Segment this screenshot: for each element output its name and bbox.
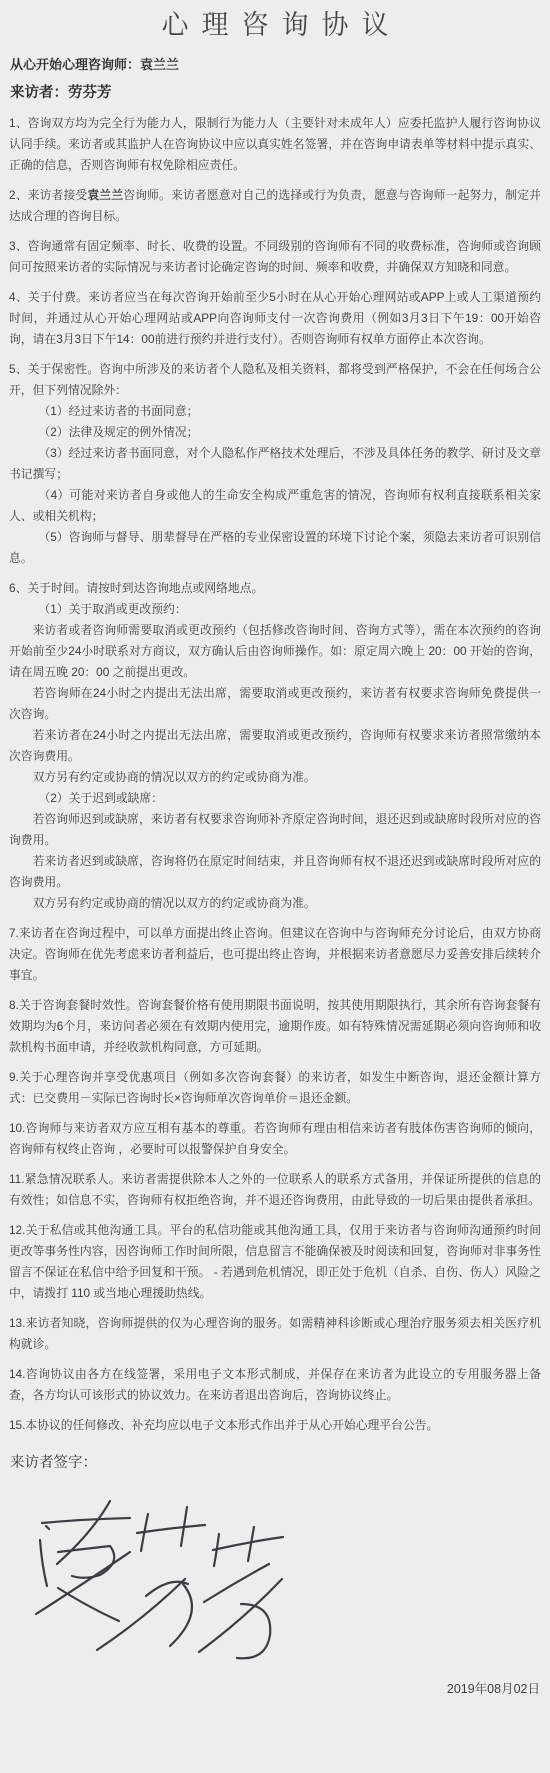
clause-paragraph: 13.来访者知晓，咨询师提供的仅为心理咨询的服务。如需精神科诊断或心理治疗服务须… (9, 1313, 541, 1355)
clause-paragraph: （1）关于取消或更改预约： (9, 599, 541, 620)
visitor-signature-image (30, 1488, 292, 1666)
clause-paragraph: 双方另有约定或协商的情况以双方的约定或协商为准。 (9, 767, 541, 788)
clause-paragraph: 若咨询师在24小时之内提出无法出席，需要取消或更改预约，来访者有权要求咨询师免费… (9, 683, 541, 725)
clause-paragraph: （1）经过来访者的书面同意； (9, 401, 541, 422)
visitor-signature-label: 来访者签字： (10, 1452, 540, 1474)
clause-paragraph: 4、关于付费。来访者应当在每次咨询开始前至少5小时在从心开始心理网站或APP上或… (9, 287, 541, 350)
clause-paragraph: 11.紧急情况联系人。来访者需提供除本人之外的一位联系人的联系方式备用，并保证所… (9, 1169, 541, 1211)
clause-paragraph: （4）可能对来访者自身或他人的生命安全构成严重危害的情况，咨询师有权利直接联系相… (9, 485, 541, 527)
visitor-line: 来访者：劳芬芳 (10, 82, 540, 104)
clause-paragraph: 若来访者在24小时之内提出无法出席，需要取消或更改预约，咨询师有权要求来访者照常… (9, 725, 541, 767)
clause-paragraph: （5）咨询师与督导、朋辈督导在严格的专业保密设置的环境下讨论个案，须隐去来访者可… (9, 527, 541, 569)
clause-paragraph: 15.本协议的任何修改、补充均应以电子文本形式作出并于从心开始心理平台公告。 (9, 1415, 541, 1436)
page-title: 心理咨询协议 (0, 0, 550, 43)
clause-paragraph: 双方另有约定或协商的情况以双方的约定或协商为准。 (9, 893, 541, 914)
clause-paragraph: 3、咨询通常有固定频率、时长、收费的设置。不同级别的咨询师有不同的收费标准，咨询… (9, 236, 541, 278)
clause-list: 1、咨询双方均为完全行为能力人，限制行为能力人（主要针对未成年人）应委托监护人履… (9, 113, 541, 1436)
clause-paragraph: 2、来访者接受袁兰兰咨询师。来访者愿意对自己的选择或行为负责，愿意与咨询师一起努… (9, 185, 541, 227)
clause-paragraph: 7.来访者在咨询过程中，可以单方面提出终止咨询。但建议在咨询中与咨询师充分讨论后… (9, 923, 541, 986)
clause-paragraph: 来访者或者咨询师需要取消或更改预约（包括修改咨询时间、咨询方式等），需在本次预约… (9, 620, 541, 683)
clause-paragraph: （2）关于迟到或缺席： (9, 788, 541, 809)
clause-paragraph: 若咨询师迟到或缺席，来访者有权要求咨询师补齐原定咨询时间，退还迟到或缺席时段所对… (9, 809, 541, 851)
clause-paragraph: 10.咨询师与来访者双方应互相有基本的尊重。若咨询师有理由相信来访者有肢体伤害咨… (9, 1118, 541, 1160)
signing-date: 2019年08月02日 (0, 1680, 540, 1698)
visitor-signature (30, 1488, 292, 1666)
clause-paragraph: 12.关于私信或其他沟通工具。平台的私信功能或其他沟通工具，仅用于来访者与咨询师… (9, 1220, 541, 1304)
clause-paragraph: 1、咨询双方均为完全行为能力人，限制行为能力人（主要针对未成年人）应委托监护人履… (9, 113, 541, 176)
clause-paragraph: 若来访者迟到或缺席，咨询将仍在原定时间结束，并且咨询师有权不退还迟到或缺席时段所… (9, 851, 541, 893)
clause-paragraph: 8.关于咨询套餐时效性。咨询套餐价格有使用期限书面说明，按其使用期限执行，其余所… (9, 995, 541, 1058)
clause-paragraph: 5、关于保密性。咨询中所涉及的来访者个人隐私及相关资料，都将受到严格保护，不会在… (9, 359, 541, 401)
clause-paragraph: （2）法律及规定的例外情况； (9, 422, 541, 443)
clause-paragraph: （3）经过来访者书面同意，对个人隐私作严格技术处理后，不涉及具体任务的教学、研讨… (9, 443, 541, 485)
clause-paragraph: 6、关于时间。请按时到达咨询地点或网络地点。 (9, 578, 541, 599)
counselor-line: 从心开始心理咨询师：袁兰兰 (10, 55, 540, 75)
agreement-page: 心理咨询协议 从心开始心理咨询师：袁兰兰 来访者：劳芬芳 1、咨询双方均为完全行… (0, 0, 550, 1773)
clause-paragraph: 14.咨询协议由各方在线签署，采用电子文本形式制成，并保存在来访者为此设立的专用… (9, 1364, 541, 1406)
clause-paragraph: 9.关于心理咨询并享受优惠项目（例如多次咨询套餐）的来访者，如发生中断咨询，退还… (9, 1067, 541, 1109)
